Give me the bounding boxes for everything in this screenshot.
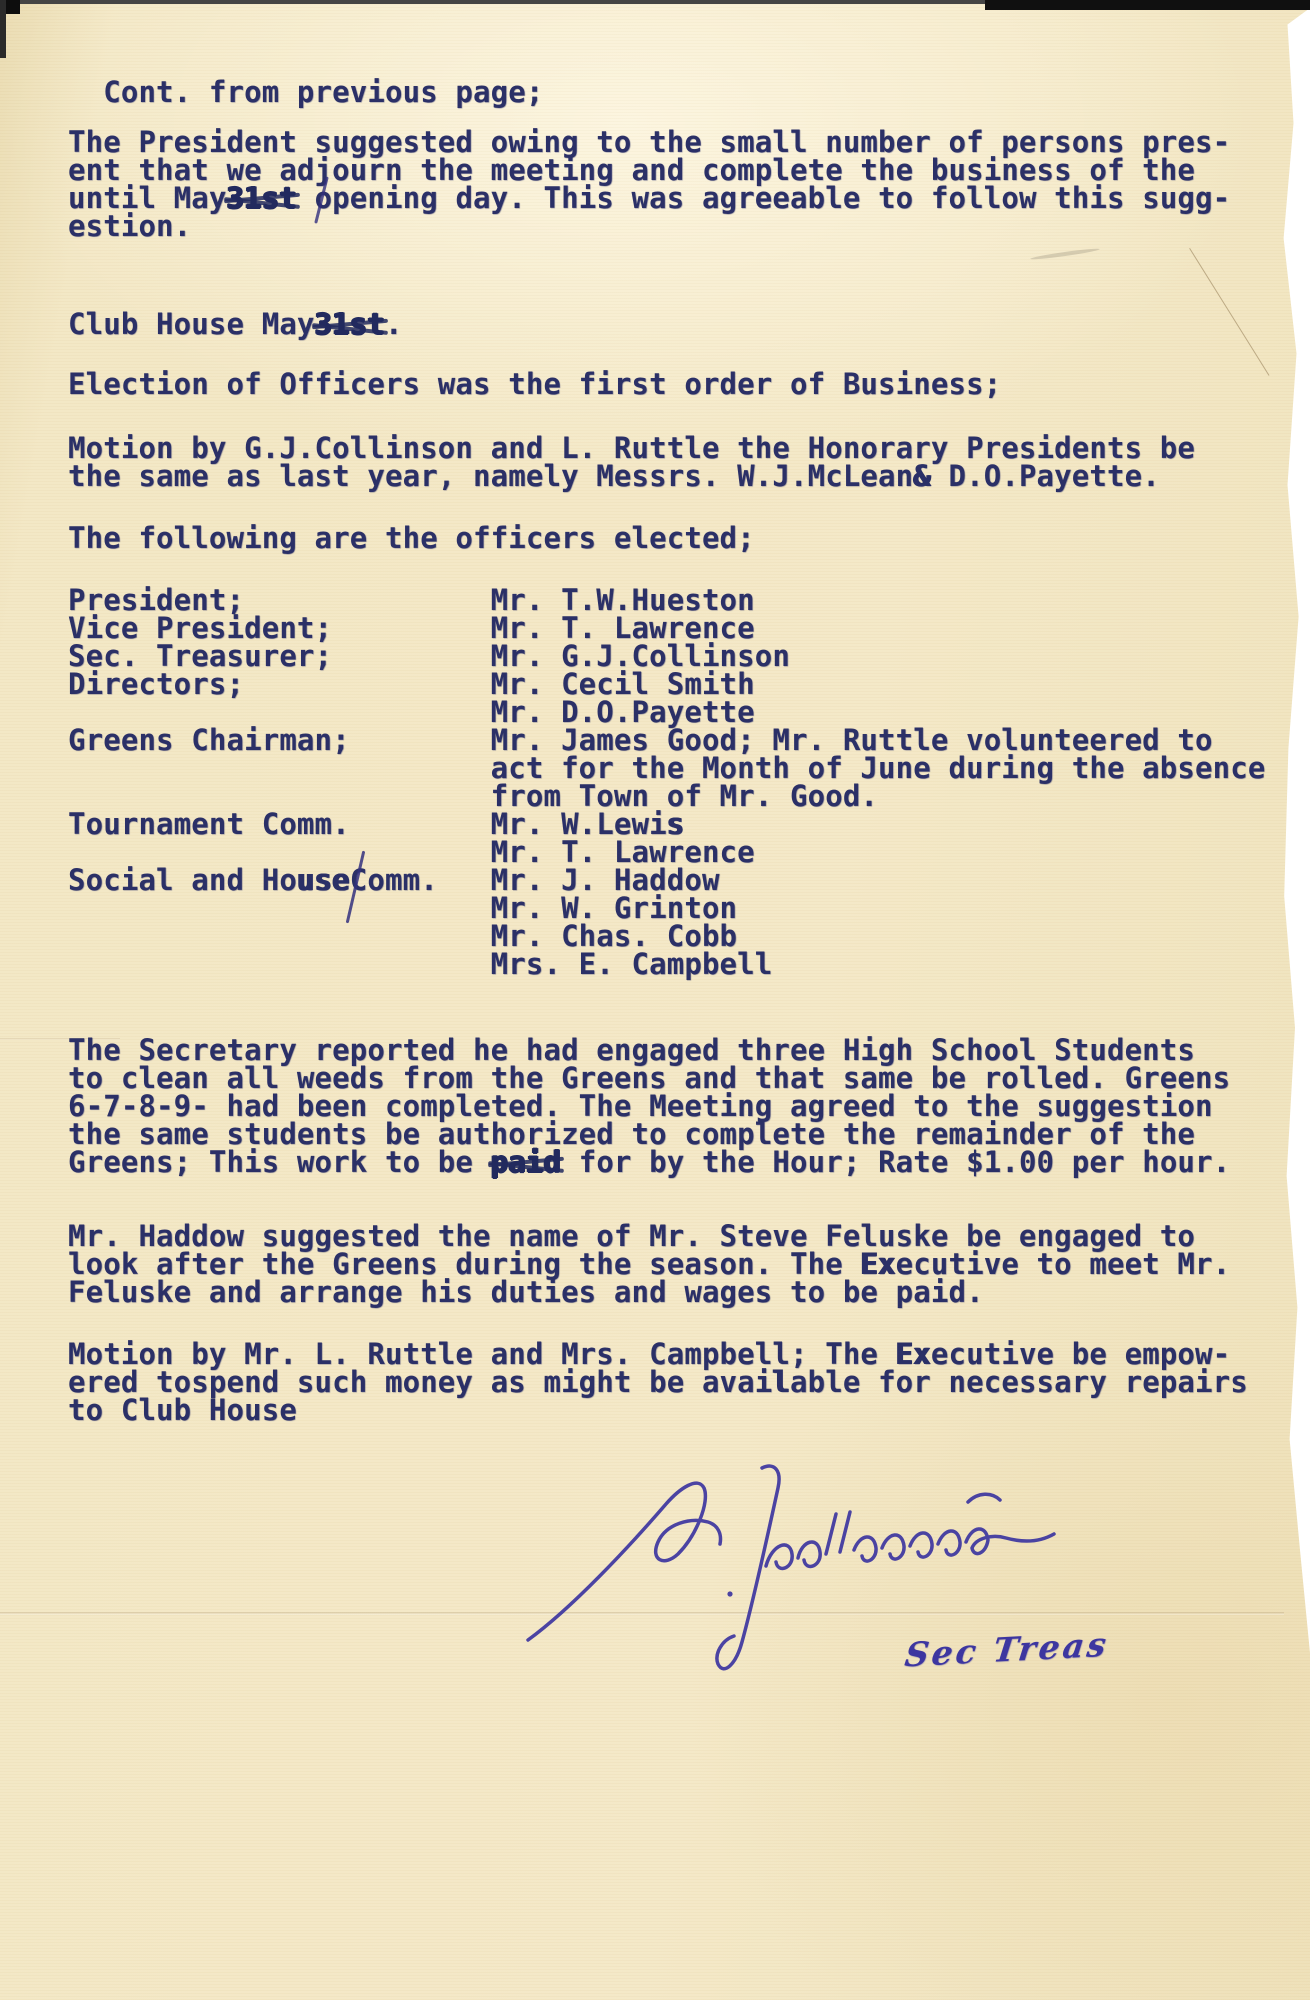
typed-line: 6-7-8-9- had been completed. The Meeting… bbox=[68, 1092, 1310, 1120]
typed-text-segment: Cont. from previous page; bbox=[68, 75, 543, 109]
overstruck-text: & bbox=[913, 459, 931, 493]
signature-autograph bbox=[500, 1462, 1140, 1712]
typed-line: ered tospend such money as might be avai… bbox=[68, 1368, 1310, 1396]
typed-line: ent that we adjourn the meeting and comp… bbox=[68, 156, 1310, 184]
typed-line: until May31st opening day. This was agre… bbox=[68, 184, 1310, 212]
block-motion-honorary: Motion by G.J.Collinson and L. Ruttle th… bbox=[68, 434, 1310, 490]
typed-line: Mrs. E. Campbell bbox=[68, 950, 1310, 978]
typed-text-segment: for by the Hour; Rate $1.00 per hour. bbox=[561, 1145, 1230, 1179]
typed-line: from Town of Mr. Good. bbox=[68, 782, 1310, 810]
overstruck-text: paid bbox=[491, 1148, 561, 1176]
overstruck-text: l bbox=[772, 1365, 790, 1399]
typed-line: Mr. D.O.Payette bbox=[68, 698, 1310, 726]
typed-line: Vice President; Mr. T. Lawrence bbox=[68, 614, 1310, 642]
scanned-document-page: Cont. from previous page;The President s… bbox=[0, 0, 1310, 2000]
typed-line: Motion by Mr. L. Ruttle and Mrs. Campbel… bbox=[68, 1340, 1310, 1368]
typed-text-segment: able for necessary repairs bbox=[790, 1365, 1248, 1399]
typed-line: The following are the officers elected; bbox=[68, 524, 1310, 552]
typed-line: look after the Greens during the season.… bbox=[68, 1250, 1310, 1278]
typed-line: act for the Month of June during the abs… bbox=[68, 754, 1310, 782]
block-officers-intro: The following are the officers elected; bbox=[68, 524, 1310, 552]
block-officers: President; Mr. T.W.HuestonVice President… bbox=[68, 586, 1310, 978]
typed-line: to clean all weeds from the Greens and t… bbox=[68, 1064, 1310, 1092]
typed-line: Mr. T. Lawrence bbox=[68, 838, 1310, 866]
typed-text-segment: Election of Officers was the first order… bbox=[68, 367, 1001, 401]
typed-line: The President suggested owing to the sma… bbox=[68, 128, 1310, 156]
typed-line: Mr. Haddow suggested the name of Mr. Ste… bbox=[68, 1222, 1310, 1250]
typed-text-segment: opening day. This was agreeable to follo… bbox=[297, 181, 1230, 215]
typed-text-segment: Greens; This work to be bbox=[68, 1145, 491, 1179]
typed-text-segment: . bbox=[385, 307, 403, 341]
typed-line: President; Mr. T.W.Hueston bbox=[68, 586, 1310, 614]
typed-text-segment: Club House May bbox=[68, 307, 315, 341]
typed-line: estion. bbox=[68, 212, 1310, 240]
typed-text-segment: estion. bbox=[68, 209, 191, 243]
signature-block: Sec Treas bbox=[500, 1462, 1140, 1712]
typed-line: Feluske and arrange his duties and wages… bbox=[68, 1278, 1310, 1306]
typed-line: the same students be authorized to compl… bbox=[68, 1120, 1310, 1148]
block-motion-repairs: Motion by Mr. L. Ruttle and Mrs. Campbel… bbox=[68, 1340, 1310, 1424]
typed-line: Greens; This work to be paid for by the … bbox=[68, 1148, 1310, 1176]
typed-line: Cont. from previous page; bbox=[68, 78, 1310, 106]
typed-text: Cont. from previous page;The President s… bbox=[0, 0, 1310, 1424]
typed-line: Mr. W. Grinton bbox=[68, 894, 1310, 922]
overstruck-text: 31st bbox=[227, 184, 297, 212]
block-haddow: Mr. Haddow suggested the name of Mr. Ste… bbox=[68, 1222, 1310, 1306]
typed-line: Social and HouseComm. Mr. J. Haddow bbox=[68, 866, 1310, 894]
block-secretary-report: The Secretary reported he had engaged th… bbox=[68, 1036, 1310, 1176]
typed-line: Sec. Treasurer; Mr. G.J.Collinson bbox=[68, 642, 1310, 670]
typed-text-segment: Feluske and arrange his duties and wages… bbox=[68, 1275, 984, 1309]
block-para-president: The President suggested owing to the sma… bbox=[68, 128, 1310, 240]
typed-line: The Secretary reported he had engaged th… bbox=[68, 1036, 1310, 1064]
typed-line: Greens Chairman; Mr. James Good; Mr. Rut… bbox=[68, 726, 1310, 754]
typed-line: Election of Officers was the first order… bbox=[68, 370, 1310, 398]
typed-text-segment: Mrs. E. Campbell bbox=[68, 947, 772, 981]
block-clubhouse: Club House May31st. bbox=[68, 310, 1310, 338]
typed-line: Motion by G.J.Collinson and L. Ruttle th… bbox=[68, 434, 1310, 462]
typed-line: the same as last year, namely Messrs. W.… bbox=[68, 462, 1310, 490]
block-cont: Cont. from previous page; bbox=[68, 78, 1310, 106]
typed-text-segment: to Club House bbox=[68, 1393, 297, 1427]
block-election: Election of Officers was the first order… bbox=[68, 370, 1310, 398]
typed-text-segment: D.O.Payette. bbox=[931, 459, 1160, 493]
typed-text-segment: The following are the officers elected; bbox=[68, 521, 755, 555]
typed-line: to Club House bbox=[68, 1396, 1310, 1424]
typed-line: Directors; Mr. Cecil Smith bbox=[68, 670, 1310, 698]
typed-line: Tournament Comm. Mr. W.Lewis bbox=[68, 810, 1310, 838]
typed-line: Club House May31st. bbox=[68, 310, 1310, 338]
overstruck-text: 31st bbox=[315, 310, 385, 338]
typed-text-segment: the same as last year, namely Messrs. W.… bbox=[68, 459, 913, 493]
typed-line: Mr. Chas. Cobb bbox=[68, 922, 1310, 950]
